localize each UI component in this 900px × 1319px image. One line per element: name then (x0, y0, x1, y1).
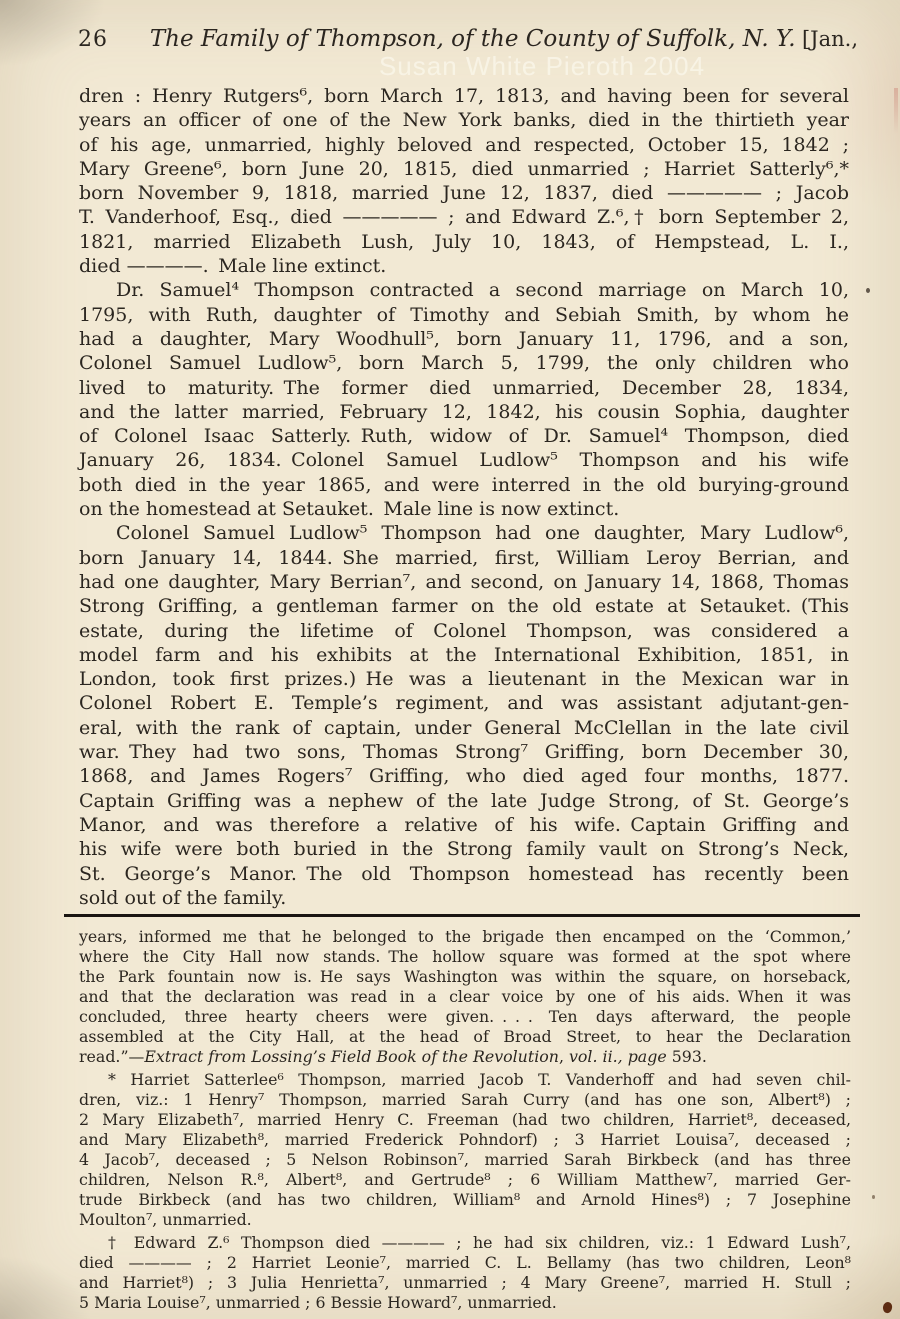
text-line: war. They had two sons, Thomas Strong⁷ G… (79, 740, 849, 764)
text-line: born November 9, 1818, married June 12, … (79, 181, 849, 205)
text-line: lived to maturity. The former died unmar… (79, 376, 849, 400)
text-line: dren, viz.: 1 Henry⁷ Thompson, married S… (79, 1090, 851, 1110)
text-line: and Mary Elizabeth⁸, married Frederick P… (79, 1130, 851, 1150)
scan-speck (882, 1301, 893, 1314)
text-line: Colonel Samuel Ludlow⁵, born March 5, 17… (79, 351, 849, 375)
text-line: dren : Henry Rutgers⁶, born March 17, 18… (79, 84, 849, 108)
text-line: assembled at the City Hall, at the head … (79, 1027, 851, 1047)
text-line: 4 Jacob⁷, deceased ; 5 Nelson Robinson⁷,… (79, 1150, 851, 1170)
text-line: January 26, 1834. Colonel Samuel Ludlow⁵… (79, 448, 849, 472)
text-line: Colonel Robert E. Temple’s regiment, and… (79, 691, 849, 715)
scan-edge-mark (894, 88, 898, 134)
text-line: born January 14, 1844. She married, firs… (79, 546, 849, 570)
text-line: Moulton⁷, unmarried. (79, 1210, 851, 1230)
page-number: 26 (78, 27, 150, 52)
paragraph: Colonel Samuel Ludlow⁵ Thompson had one … (79, 521, 849, 910)
scan-speck (872, 1195, 875, 1199)
text-line: of his age, unmarried, highly beloved an… (79, 133, 849, 157)
text-line: on the homestead at Setauket. Male line … (79, 497, 849, 521)
text-line: sold out of the family. (79, 886, 849, 910)
body-text: dren : Henry Rutgers⁶, born March 17, 18… (79, 84, 849, 910)
scan-speck (866, 288, 870, 293)
paragraph: † Edward Z.⁶ Thompson died ———— ; he had… (79, 1233, 851, 1313)
watermark: Susan White Pieroth 2004 (92, 51, 900, 82)
text-line: died ———— ; 2 Harriet Leonie⁷, married C… (79, 1253, 851, 1273)
text-line: had one daughter, Mary Berrian⁷, and sec… (79, 570, 849, 594)
text-line: his wife were both buried in the Strong … (79, 837, 849, 861)
text-line: 1821, married Elizabeth Lush, July 10, 1… (79, 230, 849, 254)
text-line: the Park fountain now is. He says Washin… (79, 967, 851, 987)
running-title: The Family of Thompson, of the County of… (150, 26, 796, 52)
text-line: Dr. Samuel⁴ Thompson contracted a second… (79, 278, 849, 302)
issue-label: [Jan., (796, 27, 858, 51)
paragraph: Dr. Samuel⁴ Thompson contracted a second… (79, 278, 849, 521)
text-line: concluded, three hearty cheers were give… (79, 1007, 851, 1027)
text-line: * Harriet Satterlee⁶ Thompson, married J… (79, 1070, 851, 1090)
paragraph: * Harriet Satterlee⁶ Thompson, married J… (79, 1070, 851, 1230)
text-line: and Harriet⁸) ; 3 Julia Henrietta⁷, unma… (79, 1273, 851, 1293)
text-line: 1868, and James Rogers⁷ Griffing, who di… (79, 764, 849, 788)
text-line: model farm and his exhibits at the Inter… (79, 643, 849, 667)
text-line: St. George’s Manor. The old Thompson hom… (79, 862, 849, 886)
text-line: both died in the year 1865, and were int… (79, 473, 849, 497)
text-line: eral, with the rank of captain, under Ge… (79, 716, 849, 740)
scanned-page: 26 The Family of Thompson, of the County… (0, 0, 900, 1319)
text-line: 2 Mary Elizabeth⁷, married Henry C. Free… (79, 1110, 851, 1130)
page-header: 26 The Family of Thompson, of the County… (78, 26, 858, 52)
text-line: estate, during the lifetime of Colonel T… (79, 619, 849, 643)
paragraph: years, informed me that he belonged to t… (79, 927, 851, 1067)
text-line: trude Birkbeck (and has two children, Wi… (79, 1190, 851, 1210)
text-line: Colonel Samuel Ludlow⁵ Thompson had one … (79, 521, 849, 545)
text-line: and that the declaration was read in a c… (79, 987, 851, 1007)
footnote-separator (64, 914, 860, 917)
text-line: † Edward Z.⁶ Thompson died ———— ; he had… (79, 1233, 851, 1253)
text-line: Captain Griffing was a nephew of the lat… (79, 789, 849, 813)
text-line: 5 Maria Louise⁷, unmarried ; 6 Bessie Ho… (79, 1293, 851, 1313)
text-line: years an officer of one of the New York … (79, 108, 849, 132)
text-line: where the City Hall now stands. The holl… (79, 947, 851, 967)
text-line: read.”—Extract from Lossing’s Field Book… (79, 1047, 851, 1067)
text-line: Manor, and was therefore a relative of h… (79, 813, 849, 837)
text-line: London, took first prizes.) He was a lie… (79, 667, 849, 691)
text-line: and the latter married, February 12, 184… (79, 400, 849, 424)
text-line: years, informed me that he belonged to t… (79, 927, 851, 947)
text-line: 1795, with Ruth, daughter of Timothy and… (79, 303, 849, 327)
text-line: Strong Griffing, a gentleman farmer on t… (79, 594, 849, 618)
text-line: of Colonel Isaac Satterly. Ruth, widow o… (79, 424, 849, 448)
text-line: had a daughter, Mary Woodhull⁵, born Jan… (79, 327, 849, 351)
text-line: children, Nelson R.⁸, Albert⁸, and Gertr… (79, 1170, 851, 1190)
text-line: Mary Greene⁶, born June 20, 1815, died u… (79, 157, 849, 181)
paragraph: dren : Henry Rutgers⁶, born March 17, 18… (79, 84, 849, 278)
text-line: T. Vanderhoof, Esq., died ————— ; and Ed… (79, 205, 849, 229)
text-line: died ————. Male line extinct. (79, 254, 849, 278)
footnotes: years, informed me that he belonged to t… (79, 927, 851, 1316)
